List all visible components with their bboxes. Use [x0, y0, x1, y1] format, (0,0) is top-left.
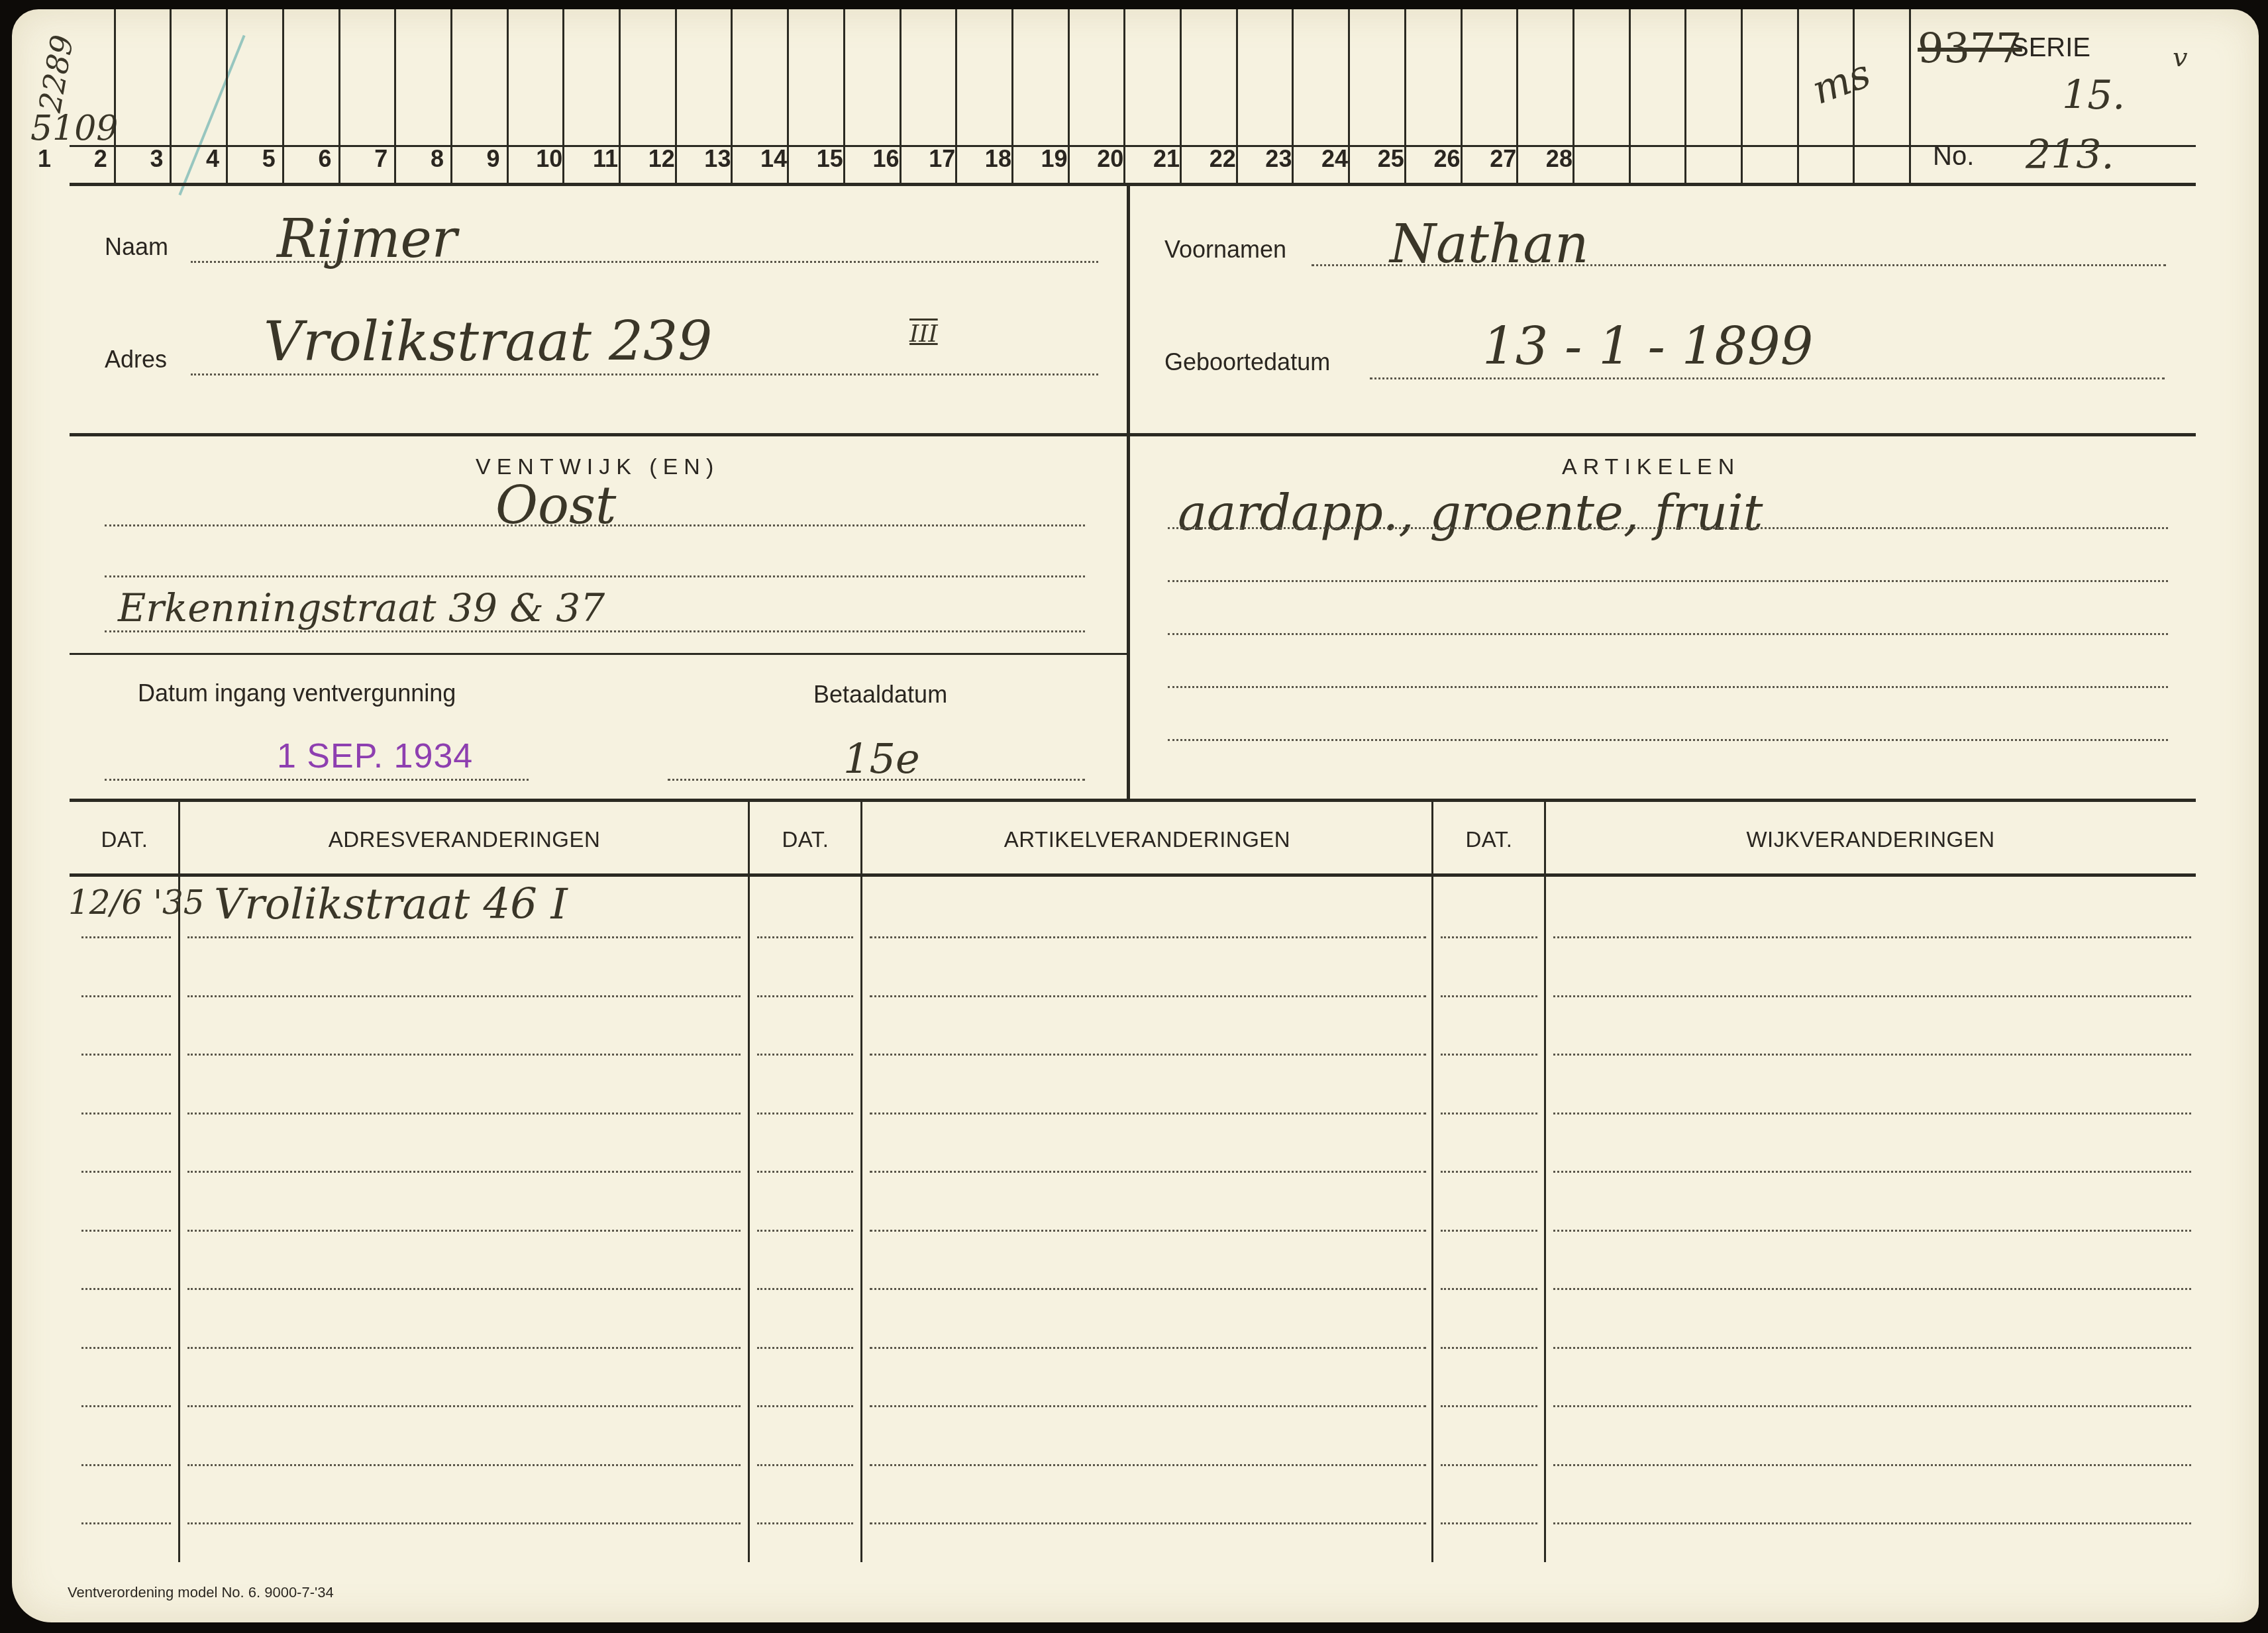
table-rule-line [757, 1405, 853, 1407]
geboortedatum-field-line [1370, 377, 2165, 379]
registration-card: 2289 5109 123456789101112131415161718192… [12, 9, 2259, 1622]
col-header-adresveranderingen: ADRESVERANDERINGEN [180, 827, 749, 852]
ventwijk-line-3: Erkenningstraat 39 & 37 [118, 585, 605, 630]
table-rule-line [1441, 1464, 1537, 1466]
grid-column-line [1797, 9, 1799, 183]
table-rule-line [757, 1347, 853, 1349]
table-rule-line [1553, 1288, 2191, 1290]
grid-number-cell: 21 [1139, 145, 1194, 173]
table-rule-line [757, 1464, 853, 1466]
grid-number-cell: 23 [1251, 145, 1306, 173]
form-id: Ventverordening model No. 6. 9000-7-'34 [68, 1584, 334, 1601]
table-rule-line [1441, 936, 1537, 938]
no-value: 213. [2026, 132, 2114, 178]
betaaldatum-line [668, 779, 1085, 781]
table-rule-line [757, 1230, 853, 1232]
ventwijk-dotline-3 [105, 630, 1085, 632]
grid-number-cell: 5 [241, 145, 297, 173]
margin-note-2: 5109 [30, 109, 118, 148]
no-label: No. [1933, 142, 1974, 172]
grid-number-cell: 4 [185, 145, 240, 173]
table-rule-line [1441, 1171, 1537, 1173]
grid-number-cell: 18 [970, 145, 1026, 173]
datum-ingang-stamp: 1 SEP. 1934 [277, 736, 473, 776]
artikelen-dotline-2 [1168, 580, 2168, 582]
table-rule-line [81, 1464, 171, 1466]
naam-value: Rijmer [277, 208, 457, 270]
grid-column-line [1684, 9, 1686, 183]
geboortedatum-label: Geboortedatum [1164, 348, 1330, 376]
artikelen-title: ARTIKELEN [1562, 454, 1740, 480]
table-rule-line [870, 1230, 1426, 1232]
betaaldatum-value: 15e [843, 734, 920, 783]
table-rule-line [870, 1171, 1426, 1173]
table-rule-line [81, 1054, 171, 1056]
betaaldatum-label: Betaaldatum [813, 681, 947, 709]
grid-number-cell: 20 [1082, 145, 1138, 173]
col-header-dat-1: DAT. [70, 827, 180, 852]
grid-number-cell: 12 [634, 145, 690, 173]
grid-number-cell: 10 [521, 145, 577, 173]
table-rule-line [187, 1230, 741, 1232]
serie-value: 15. [2062, 72, 2125, 119]
ventwijk-line-1: Oost [495, 476, 616, 536]
table-rule-line [757, 1054, 853, 1056]
table-rule-line [81, 1171, 171, 1173]
col-header-wijkveranderingen: WIJKVERANDERINGEN [1545, 827, 2196, 852]
grid-number-cell: 13 [690, 145, 745, 173]
artikelen-dotline-5 [1168, 739, 2168, 741]
table-rule-line [1553, 1347, 2191, 1349]
table-rule-line [870, 1464, 1426, 1466]
table-rule-line [1553, 1405, 2191, 1407]
col-divider-5 [1544, 801, 1546, 1562]
section-rule-2 [70, 799, 2196, 802]
table-rule-line [81, 936, 171, 938]
datum-ingang-line [105, 779, 529, 781]
col-divider-4 [1431, 801, 1433, 1562]
grid-number-cell: 1 [17, 145, 72, 173]
table-rule-line [1553, 1054, 2191, 1056]
table-rule-line [187, 1171, 741, 1173]
table-rule-line [1441, 1113, 1537, 1114]
table-rule-line [870, 1113, 1426, 1114]
table-rule-line [187, 1054, 741, 1056]
geboortedatum-value: 13 - 1 - 1899 [1482, 317, 1813, 377]
grid-number-cell: 28 [1531, 145, 1587, 173]
table-rule-line [757, 1113, 853, 1114]
table-rule-line [870, 1347, 1426, 1349]
section-rule-1 [70, 433, 2196, 436]
table-rule-line [757, 1522, 853, 1524]
table-rule-line [870, 1405, 1426, 1407]
grid-number-cell: 16 [858, 145, 914, 173]
table-rule-line [1441, 1405, 1537, 1407]
ventwijk-bottom-rule [70, 653, 1127, 655]
check-mark: v [2173, 42, 2188, 73]
grid-number-cell: 15 [802, 145, 858, 173]
table-rule-line [1441, 1230, 1537, 1232]
naam-label: Naam [105, 233, 168, 261]
adres-label: Adres [105, 346, 167, 373]
grid-number-cell: 9 [466, 145, 521, 173]
table-rule-line [1553, 1464, 2191, 1466]
table-rule-line [757, 1171, 853, 1173]
struck-number: 9377 [1918, 24, 2022, 72]
grid-bottom-rule [70, 183, 2196, 186]
margin-note-1: 2289 [32, 32, 81, 115]
grid-number-cell: 25 [1363, 145, 1419, 173]
table-rule-line [1553, 995, 2191, 997]
grid-number-cell: 27 [1475, 145, 1531, 173]
table-rule-line [187, 1347, 741, 1349]
table-rule-line [187, 1464, 741, 1466]
grid-number-cell: 8 [409, 145, 465, 173]
grid-number-cell: 22 [1195, 145, 1251, 173]
artikelen-dotline-4 [1168, 686, 2168, 688]
table-rule-line [757, 936, 853, 938]
table-rule-line [187, 1522, 741, 1524]
col-header-artikelveranderingen: ARTIKELVERANDERINGEN [862, 827, 1433, 852]
table-rule-line [1441, 1522, 1537, 1524]
table-rule-line [81, 1347, 171, 1349]
table-rule-line [1553, 1171, 2191, 1173]
grid-number-cell: 6 [297, 145, 353, 173]
col-divider-3 [860, 801, 862, 1562]
grid-number-cell: 17 [914, 145, 970, 173]
adres-field-line [191, 373, 1098, 375]
table-rule-line [81, 1288, 171, 1290]
initials: ms [1806, 50, 1877, 114]
grid-number-cell: 11 [578, 145, 633, 173]
table-rule-line [870, 936, 1426, 938]
grid-number-cell: 3 [129, 145, 184, 173]
table-rule-line [1441, 995, 1537, 997]
ventwijk-dotline-1 [105, 524, 1085, 526]
table-rule-line [187, 1288, 741, 1290]
adres-floor: III [909, 321, 938, 348]
table-rule-line [1553, 1113, 2191, 1114]
table-rule-line [81, 1405, 171, 1407]
table-rule-line [81, 995, 171, 997]
grid-column-line [1909, 9, 1911, 183]
artikelen-dotline-1 [1168, 527, 2168, 529]
table-rule-line [81, 1230, 171, 1232]
grid-number-cell: 26 [1419, 145, 1475, 173]
table-rule-line [81, 1522, 171, 1524]
table-rule-line [1553, 1230, 2191, 1232]
datum-ingang-label: Datum ingang ventvergunning [138, 679, 456, 707]
voornamen-value: Nathan [1390, 213, 1589, 275]
table-rule-line [1441, 1347, 1537, 1349]
table-rule-line [870, 1054, 1426, 1056]
table-rule-line [870, 1522, 1426, 1524]
grid-column-line [1741, 9, 1743, 183]
table-header-rule [70, 873, 2196, 877]
adres-value: Vrolikstraat 239 [264, 311, 712, 373]
col-header-dat-2: DAT. [749, 827, 862, 852]
col-header-dat-3: DAT. [1433, 827, 1545, 852]
artikelen-dotline-3 [1168, 633, 2168, 635]
ventwijk-dotline-2 [105, 575, 1085, 577]
grid-number-cell: 7 [353, 145, 409, 173]
grid-number-cell: 24 [1307, 145, 1363, 173]
grid-number-cell: 2 [73, 145, 129, 173]
table-rule-line [757, 995, 853, 997]
table-rule-line [187, 995, 741, 997]
row-1-adres: Vrolikstraat 46 I [214, 880, 568, 929]
col-divider-2 [748, 801, 750, 1562]
table-rule-line [757, 1288, 853, 1290]
table-rule-line [187, 936, 741, 938]
center-divider [1127, 186, 1130, 802]
grid-column-line [1629, 9, 1631, 183]
serie-label: SERIE [2011, 33, 2090, 63]
table-rule-line [1441, 1054, 1537, 1056]
table-rule-line [1441, 1288, 1537, 1290]
artikelen-line-1: aardapp., groente, fruit [1178, 485, 1763, 542]
table-rule-line [870, 995, 1426, 997]
table-rule-line [187, 1113, 741, 1114]
table-rule-line [870, 1288, 1426, 1290]
table-rule-line [1553, 936, 2191, 938]
table-rule-line [187, 1405, 741, 1407]
voornamen-label: Voornamen [1164, 236, 1286, 264]
table-rule-line [1553, 1522, 2191, 1524]
row-1-dat: 12/6 '35 [68, 883, 205, 922]
grid-number-cell: 19 [1027, 145, 1082, 173]
table-rule-line [81, 1113, 171, 1114]
grid-number-cell: 14 [746, 145, 801, 173]
